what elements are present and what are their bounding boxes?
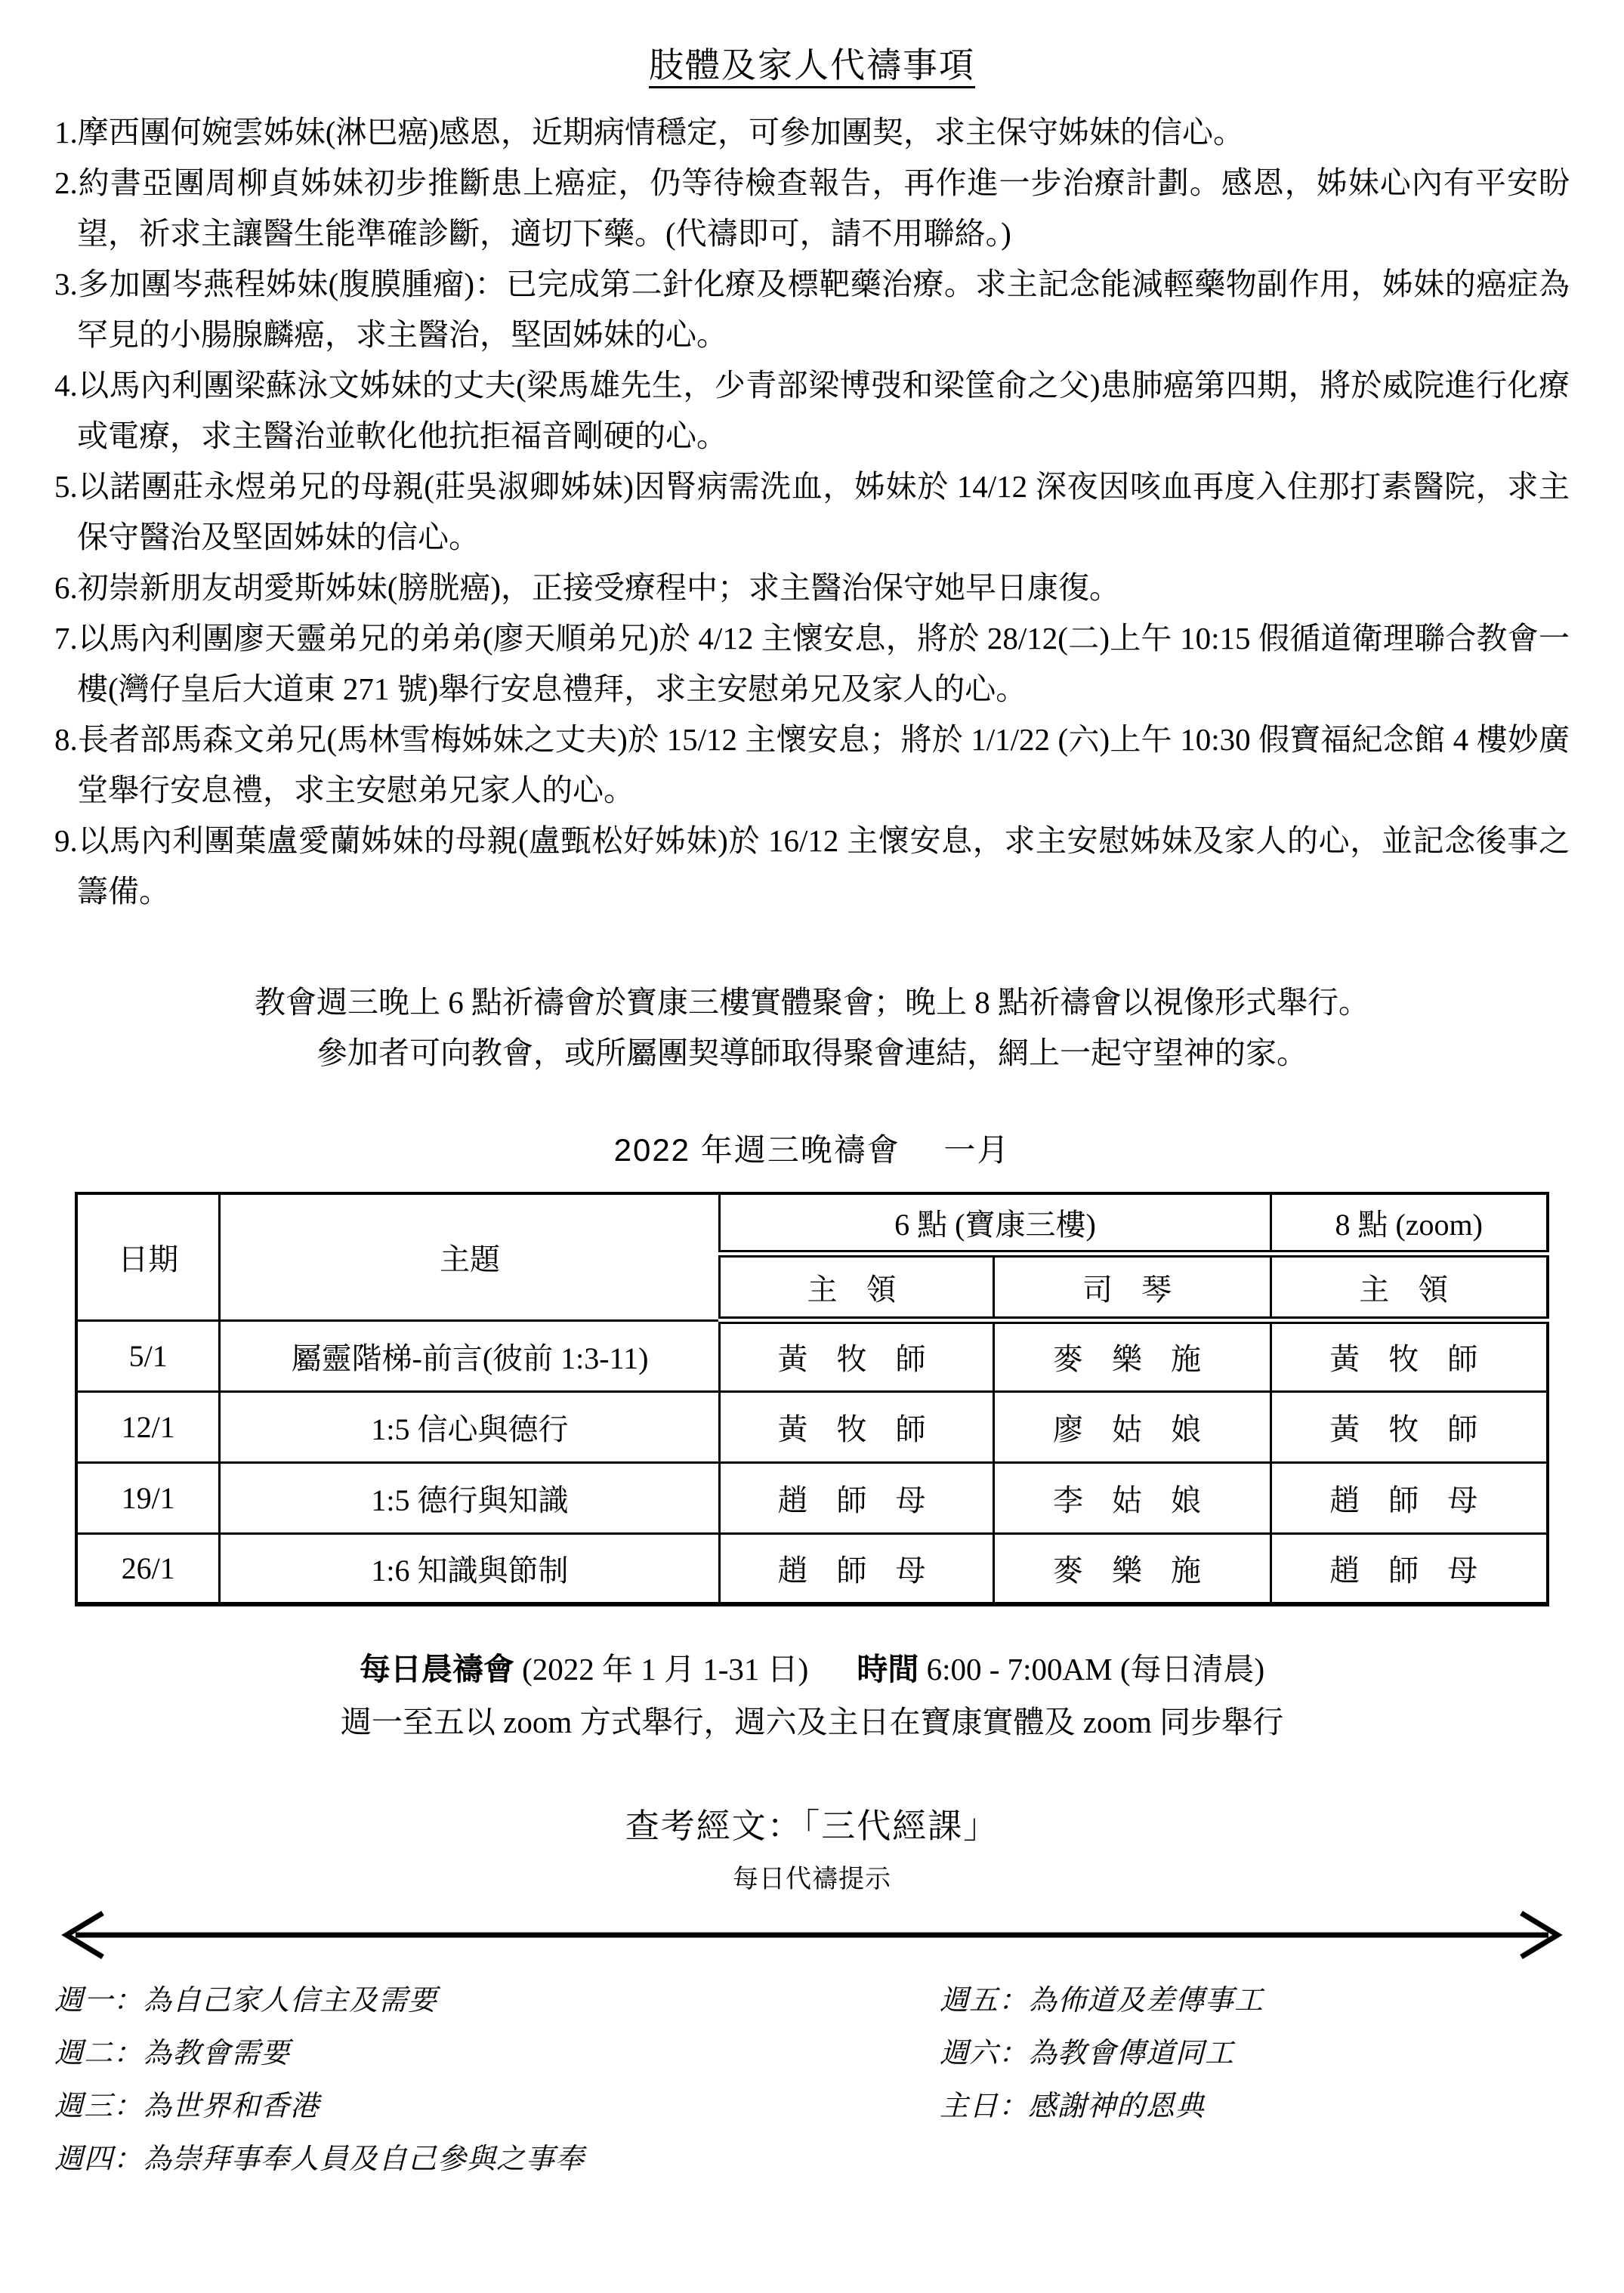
col-header-date: 日期 bbox=[76, 1193, 220, 1320]
cell-topic: 1:5 德行與知識 bbox=[220, 1462, 720, 1533]
cell-topic: 1:5 信心與德行 bbox=[220, 1391, 720, 1462]
weekly-prayer-wed: 週三：為世界和香港 bbox=[54, 2080, 940, 2133]
cell-leader-6pm: 趙 師 母 bbox=[720, 1462, 994, 1533]
weekly-prayer-mon: 週一：為自己家人信主及需要 bbox=[54, 1974, 940, 2027]
morning-prayer-time: 6:00 - 7:00AM (每日清晨) bbox=[919, 1652, 1264, 1687]
bulletin-page: 肢體及家人代禱事項 1.摩西團何婉雲姊妹(淋巴癌)感恩，近期病情穩定，可參加團契… bbox=[0, 0, 1624, 2293]
weekly-prayer-topics: 週一：為自己家人信主及需要 週二：為教會需要 週三：為世界和香港 週四：為崇拜事… bbox=[54, 1974, 1570, 2186]
daily-morning-prayer-note: 每日晨禱會 (2022 年 1 月 1-31 日)時間 6:00 - 7:00A… bbox=[54, 1643, 1570, 1748]
weekly-prayer-tue: 週二：為教會需要 bbox=[54, 2027, 940, 2080]
cell-topic: 1:6 知識與節制 bbox=[220, 1533, 720, 1604]
weekly-prayer-sat: 週六：為教會傳道同工 bbox=[940, 2027, 1570, 2080]
cell-date: 19/1 bbox=[76, 1462, 220, 1533]
weekly-prayer-thu: 週四：為崇拜事奉人員及自己參與之事奉 bbox=[54, 2133, 940, 2186]
col-header-leader-8pm: 主 領 bbox=[1270, 1254, 1548, 1320]
schedule-table-title: 2022 年週三晚禱會 一月 bbox=[54, 1125, 1570, 1171]
wednesday-prayer-schedule-table: 日期 主題 6 點 (寶康三樓) 8 點 (zoom) 主 領 司 琴 主 領 … bbox=[75, 1192, 1549, 1606]
prayer-item-2: 2.約書亞團周柳貞姊妹初步推斷患上癌症，仍等待檢查報告，再作進一步治療計劃。感恩… bbox=[54, 158, 1570, 259]
table-row: 19/1 1:5 德行與知識 趙 師 母 李 姑 娘 趙 師 母 bbox=[76, 1462, 1548, 1533]
weekly-prayer-left-column: 週一：為自己家人信主及需要 週二：為教會需要 週三：為世界和香港 週四：為崇拜事… bbox=[54, 1974, 940, 2186]
cell-topic: 屬靈階梯-前言(彼前 1:3-11) bbox=[220, 1320, 720, 1391]
table-row: 5/1 屬靈階梯-前言(彼前 1:3-11) 黃 牧 師 麥 樂 施 黃 牧 師 bbox=[76, 1320, 1548, 1391]
cell-date: 26/1 bbox=[76, 1533, 220, 1604]
prayer-item-9: 9.以馬內利團葉盧愛蘭姊妹的母親(盧甄松好姊妹)於 16/12 主懷安息，求主安… bbox=[54, 816, 1570, 917]
prayer-item-5: 5.以諾團莊永煜弟兄的母親(莊吳淑卿姊妹)因腎病需洗血，姊妹於 14/12 深夜… bbox=[54, 461, 1570, 563]
morning-prayer-dates: (2022 年 1 月 1-31 日) bbox=[514, 1652, 808, 1687]
morning-prayer-line-1: 每日晨禱會 (2022 年 1 月 1-31 日)時間 6:00 - 7:00A… bbox=[54, 1643, 1570, 1696]
weekly-prayer-fri: 週五：為佈道及差傳事工 bbox=[940, 1974, 1570, 2027]
morning-prayer-line-2: 週一至五以 zoom 方式舉行，週六及主日在寶康實體及 zoom 同步舉行 bbox=[54, 1696, 1570, 1748]
cell-date: 5/1 bbox=[76, 1320, 220, 1391]
col-header-6pm: 6 點 (寶康三樓) bbox=[720, 1193, 1270, 1254]
cell-leader-6pm: 黃 牧 師 bbox=[720, 1391, 994, 1462]
daily-prayer-hint-title: 每日代禱提示 bbox=[54, 1858, 1570, 1895]
prayer-item-list: 1.摩西團何婉雲姊妹(淋巴癌)感恩，近期病情穩定，可參加團契，求主保守姊妹的信心… bbox=[54, 107, 1570, 917]
meeting-note-line-1: 教會週三晚上 6 點祈禱會於寶康三樓實體聚會；晚上 8 點祈禱會以視像形式舉行。 bbox=[54, 977, 1570, 1028]
table-row: 12/1 1:5 信心與德行 黃 牧 師 廖 姑 娘 黃 牧 師 bbox=[76, 1391, 1548, 1462]
scripture-reference-line: 查考經文：「三代經課」 bbox=[54, 1798, 1570, 1847]
col-header-leader-6pm: 主 領 bbox=[720, 1254, 994, 1320]
double-arrow bbox=[54, 1906, 1570, 1968]
morning-prayer-time-label: 時間 bbox=[857, 1652, 919, 1687]
cell-leader-6pm: 黃 牧 師 bbox=[720, 1320, 994, 1391]
cell-leader-6pm: 趙 師 母 bbox=[720, 1533, 994, 1604]
prayer-item-7: 7.以馬內利團廖天靈弟兄的弟弟(廖天順弟兄)於 4/12 主懷安息，將於 28/… bbox=[54, 613, 1570, 714]
cell-pianist: 李 姑 娘 bbox=[994, 1462, 1270, 1533]
prayer-item-6: 6.初崇新朋友胡愛斯姊妹(膀胱癌)，正接受療程中；求主醫治保守她早日康復。 bbox=[54, 563, 1570, 613]
cell-pianist: 麥 樂 施 bbox=[994, 1320, 1270, 1391]
weekly-prayer-right-column: 週五：為佈道及差傳事工 週六：為教會傳道同工 主日：感謝神的恩典 bbox=[940, 1974, 1570, 2186]
cell-leader-8pm: 趙 師 母 bbox=[1270, 1462, 1548, 1533]
cell-leader-8pm: 趙 師 母 bbox=[1270, 1533, 1548, 1604]
cell-date: 12/1 bbox=[76, 1391, 220, 1462]
morning-prayer-title: 每日晨禱會 bbox=[360, 1652, 514, 1687]
weekly-prayer-sun: 主日：感謝神的恩典 bbox=[940, 2080, 1570, 2133]
table-row: 26/1 1:6 知識與節制 趙 師 母 麥 樂 施 趙 師 母 bbox=[76, 1533, 1548, 1604]
cell-pianist: 麥 樂 施 bbox=[994, 1533, 1270, 1604]
prayer-item-4: 4.以馬內利團梁蘇泳文姊妹的丈夫(梁馬雄先生，少青部梁博弢和梁筐俞之父)患肺癌第… bbox=[54, 360, 1570, 461]
page-title: 肢體及家人代禱事項 bbox=[54, 38, 1570, 88]
col-header-pianist: 司 琴 bbox=[994, 1254, 1270, 1320]
cell-leader-8pm: 黃 牧 師 bbox=[1270, 1391, 1548, 1462]
cell-pianist: 廖 姑 娘 bbox=[994, 1391, 1270, 1462]
wednesday-meeting-note: 教會週三晚上 6 點祈禱會於寶康三樓實體聚會；晚上 8 點祈禱會以視像形式舉行。… bbox=[54, 977, 1570, 1079]
col-header-8pm: 8 點 (zoom) bbox=[1270, 1193, 1548, 1254]
cell-leader-8pm: 黃 牧 師 bbox=[1270, 1320, 1548, 1391]
prayer-item-3: 3.多加團岑燕程姊妹(腹膜腫瘤)：已完成第二針化療及標靶藥治療。求主記念能減輕藥… bbox=[54, 259, 1570, 360]
prayer-item-1: 1.摩西團何婉雲姊妹(淋巴癌)感恩，近期病情穩定，可參加團契，求主保守姊妹的信心… bbox=[54, 107, 1570, 158]
prayer-item-8: 8.長者部馬森文弟兄(馬林雪梅姊妹之丈夫)於 15/12 主懷安息；將於 1/1… bbox=[54, 714, 1570, 816]
col-header-topic: 主題 bbox=[220, 1193, 720, 1320]
meeting-note-line-2: 參加者可向教會，或所屬團契導師取得聚會連結，網上一起守望神的家。 bbox=[54, 1028, 1570, 1079]
